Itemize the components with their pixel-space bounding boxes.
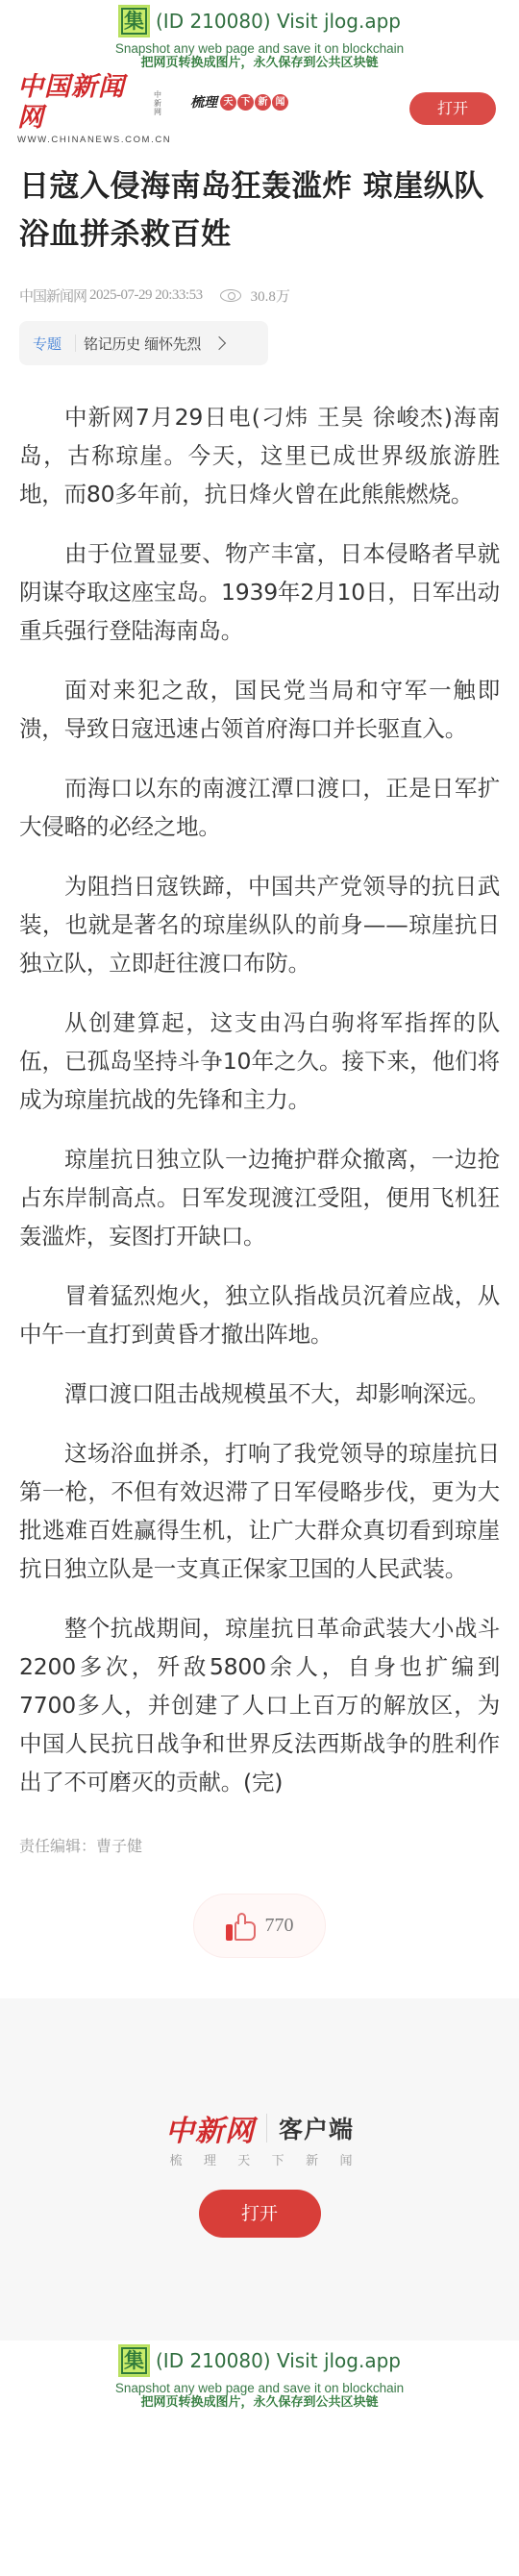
jlog-badge-icon: 集 (118, 5, 150, 37)
open-app-button[interactable]: 打开 (409, 92, 496, 125)
paragraph: 整个抗战期间，琼崖抗日革命武装大小战斗2200多次，歼敌5800余人，自身也扩编… (19, 1609, 500, 1801)
app-slogan: 梳 理 天 下 新 闻 (170, 2150, 353, 2168)
article-datetime: 2025-07-29 20:33:53 (89, 287, 203, 304)
paragraph: 中新网7月29日电(刁炜 王昊 徐峻杰)海南岛，古称琼崖。今天，这里已成世界级旅… (19, 398, 500, 513)
article-meta: 中国新闻网 2025-07-29 20:33:53 30.8万 (19, 284, 500, 307)
header-slogan: 梳理 天 下 新 闻 (190, 92, 289, 111)
topic-name: 铭记历史 缅怀先烈 (84, 334, 201, 354)
app-promo-footer: 中新网 客户端 梳 理 天 下 新 闻 打开 (0, 1998, 519, 2341)
eye-icon (220, 289, 241, 302)
article-title: 日寇入侵海南岛狂轰滥炸 琼崖纵队浴血拼杀救百姓 (19, 162, 500, 259)
paragraph: 从创建算起，这支由冯白驹将军指挥的队伍，已孤岛坚持斗争10年之久。接下来，他们将… (19, 1003, 500, 1119)
thumbs-up-icon (226, 1912, 257, 1941)
topic-link[interactable]: 专题 铭记历史 缅怀先烈 (19, 321, 268, 365)
paragraph: 这场浴血拼杀，打响了我党领导的琼崖抗日第一枪，不但有效迟滞了日军侵略步伐，更为大… (19, 1434, 500, 1588)
paragraph: 面对来犯之敌，国民党当局和守军一触即溃，导致日寇迅速占领首府海口并长驱直入。 (19, 671, 500, 748)
watermark-banner-bottom: 集 (ID 210080) Visit jlog.app Snapshot an… (0, 2341, 519, 2419)
watermark-tagline-zh: 把网页转换成图片，永久保存到公共区块链 (0, 2395, 519, 2410)
watermark-id-link[interactable]: (ID 210080) Visit jlog.app (156, 10, 401, 33)
client-label: 客户端 (279, 2111, 354, 2145)
article-source: 中国新闻网 (19, 285, 86, 306)
paragraph: 琼崖抗日独立队一边掩护群众撤离，一边抢占东岸制高点。日军发现渡江受阻，便用飞机狂… (19, 1140, 500, 1255)
watermark-tagline-zh: 把网页转换成图片，永久保存到公共区块链 (0, 56, 519, 70)
watermark-tagline-en: Snapshot any web page and save it on blo… (0, 41, 519, 56)
topic-divider (75, 334, 76, 352)
jlog-badge-icon: 集 (118, 2344, 150, 2377)
logo-url: WWW.CHINANEWS.COM.CN (17, 135, 161, 145)
watermark-id-link[interactable]: (ID 210080) Visit jlog.app (156, 2349, 401, 2372)
chevron-right-icon (212, 336, 226, 350)
view-count: 30.8万 (251, 285, 290, 306)
watermark-tagline-en: Snapshot any web page and save it on blo… (0, 2381, 519, 2395)
logo-side-text: 中 新 网 (154, 90, 161, 116)
like-count: 770 (265, 1915, 294, 1937)
article-body: 中新网7月29日电(刁炜 王昊 徐峻杰)海南岛，古称琼崖。今天，这里已成世界级旅… (19, 398, 500, 1801)
watermark-banner-top: 集 (ID 210080) Visit jlog.app Snapshot an… (0, 0, 519, 79)
paragraph: 冒着猛烈炮火，独立队指战员沉着应战，从中午一直打到黄昏才撤出阵地。 (19, 1276, 500, 1353)
app-logo: 中新网 (165, 2107, 255, 2149)
topic-tag: 专题 (33, 334, 62, 354)
chinanews-logo[interactable]: 中国新闻网 中 新 网 WWW.CHINANEWS.COM.CN (17, 72, 161, 145)
open-app-footer-button[interactable]: 打开 (199, 2190, 321, 2238)
responsible-editor: 责任编辑：曹子健 (19, 1834, 500, 1856)
paragraph: 而海口以东的南渡江潭口渡口，正是日军扩大侵略的必经之地。 (19, 769, 500, 846)
site-header: 中国新闻网 中 新 网 WWW.CHINANEWS.COM.CN 梳理 天 下 … (0, 79, 519, 138)
paragraph: 潭口渡口阻击战规模虽不大，却影响深远。 (19, 1375, 500, 1413)
paragraph: 为阻挡日寇铁蹄，中国共产党领导的抗日武装，也就是著名的琼崖纵队的前身——琼崖抗日… (19, 867, 500, 982)
like-button[interactable]: 770 (193, 1894, 326, 1958)
paragraph: 由于位置显要、物产丰富，日本侵略者早就阴谋夺取这座宝岛。1939年2月10日，日… (19, 534, 500, 650)
logo-text: 中国新闻网 (17, 72, 149, 134)
article: 日寇入侵海南岛狂轰滥炸 琼崖纵队浴血拼杀救百姓 中国新闻网 2025-07-29… (0, 162, 519, 1958)
app-logo-divider (266, 2114, 267, 2143)
